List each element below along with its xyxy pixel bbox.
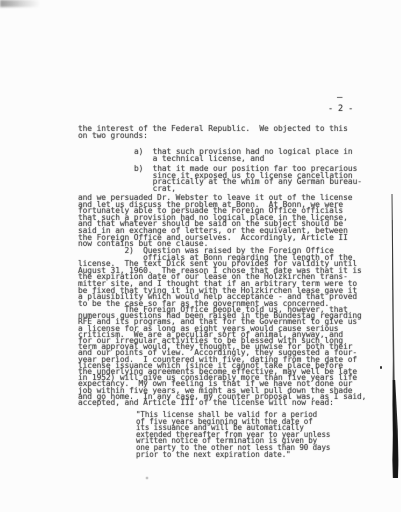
page-top-dash: — [337,95,342,102]
scan-streak-artifact [386,180,401,485]
ink-speck [380,366,382,369]
paragraph-foreign-office-term: The Foreign Office people told us, howev… [78,307,366,406]
license-article-quote: "This license shall be valid for a perio… [136,412,330,458]
scan-layer: — - 2 - the interest of the Federal Repu… [0,0,401,512]
scanned-document-page: — - 2 - the interest of the Federal Repu… [0,0,401,512]
paragraph-intro: the interest of the Federal Republic. We… [78,126,348,139]
ink-speck [146,477,148,479]
paragraph-bonn-negotiation: and we persuaded Dr. Webster to leave it… [78,195,352,248]
list-item-b: b) that it made our position far too pre… [134,166,362,192]
list-item-a: a) that such provision had no logical pl… [134,149,353,162]
page-number: - 2 - [328,106,353,113]
corner-smudge-artifact [0,0,40,7]
paragraph-license-length: 2) Question was raised by the Foreign Of… [78,248,362,307]
